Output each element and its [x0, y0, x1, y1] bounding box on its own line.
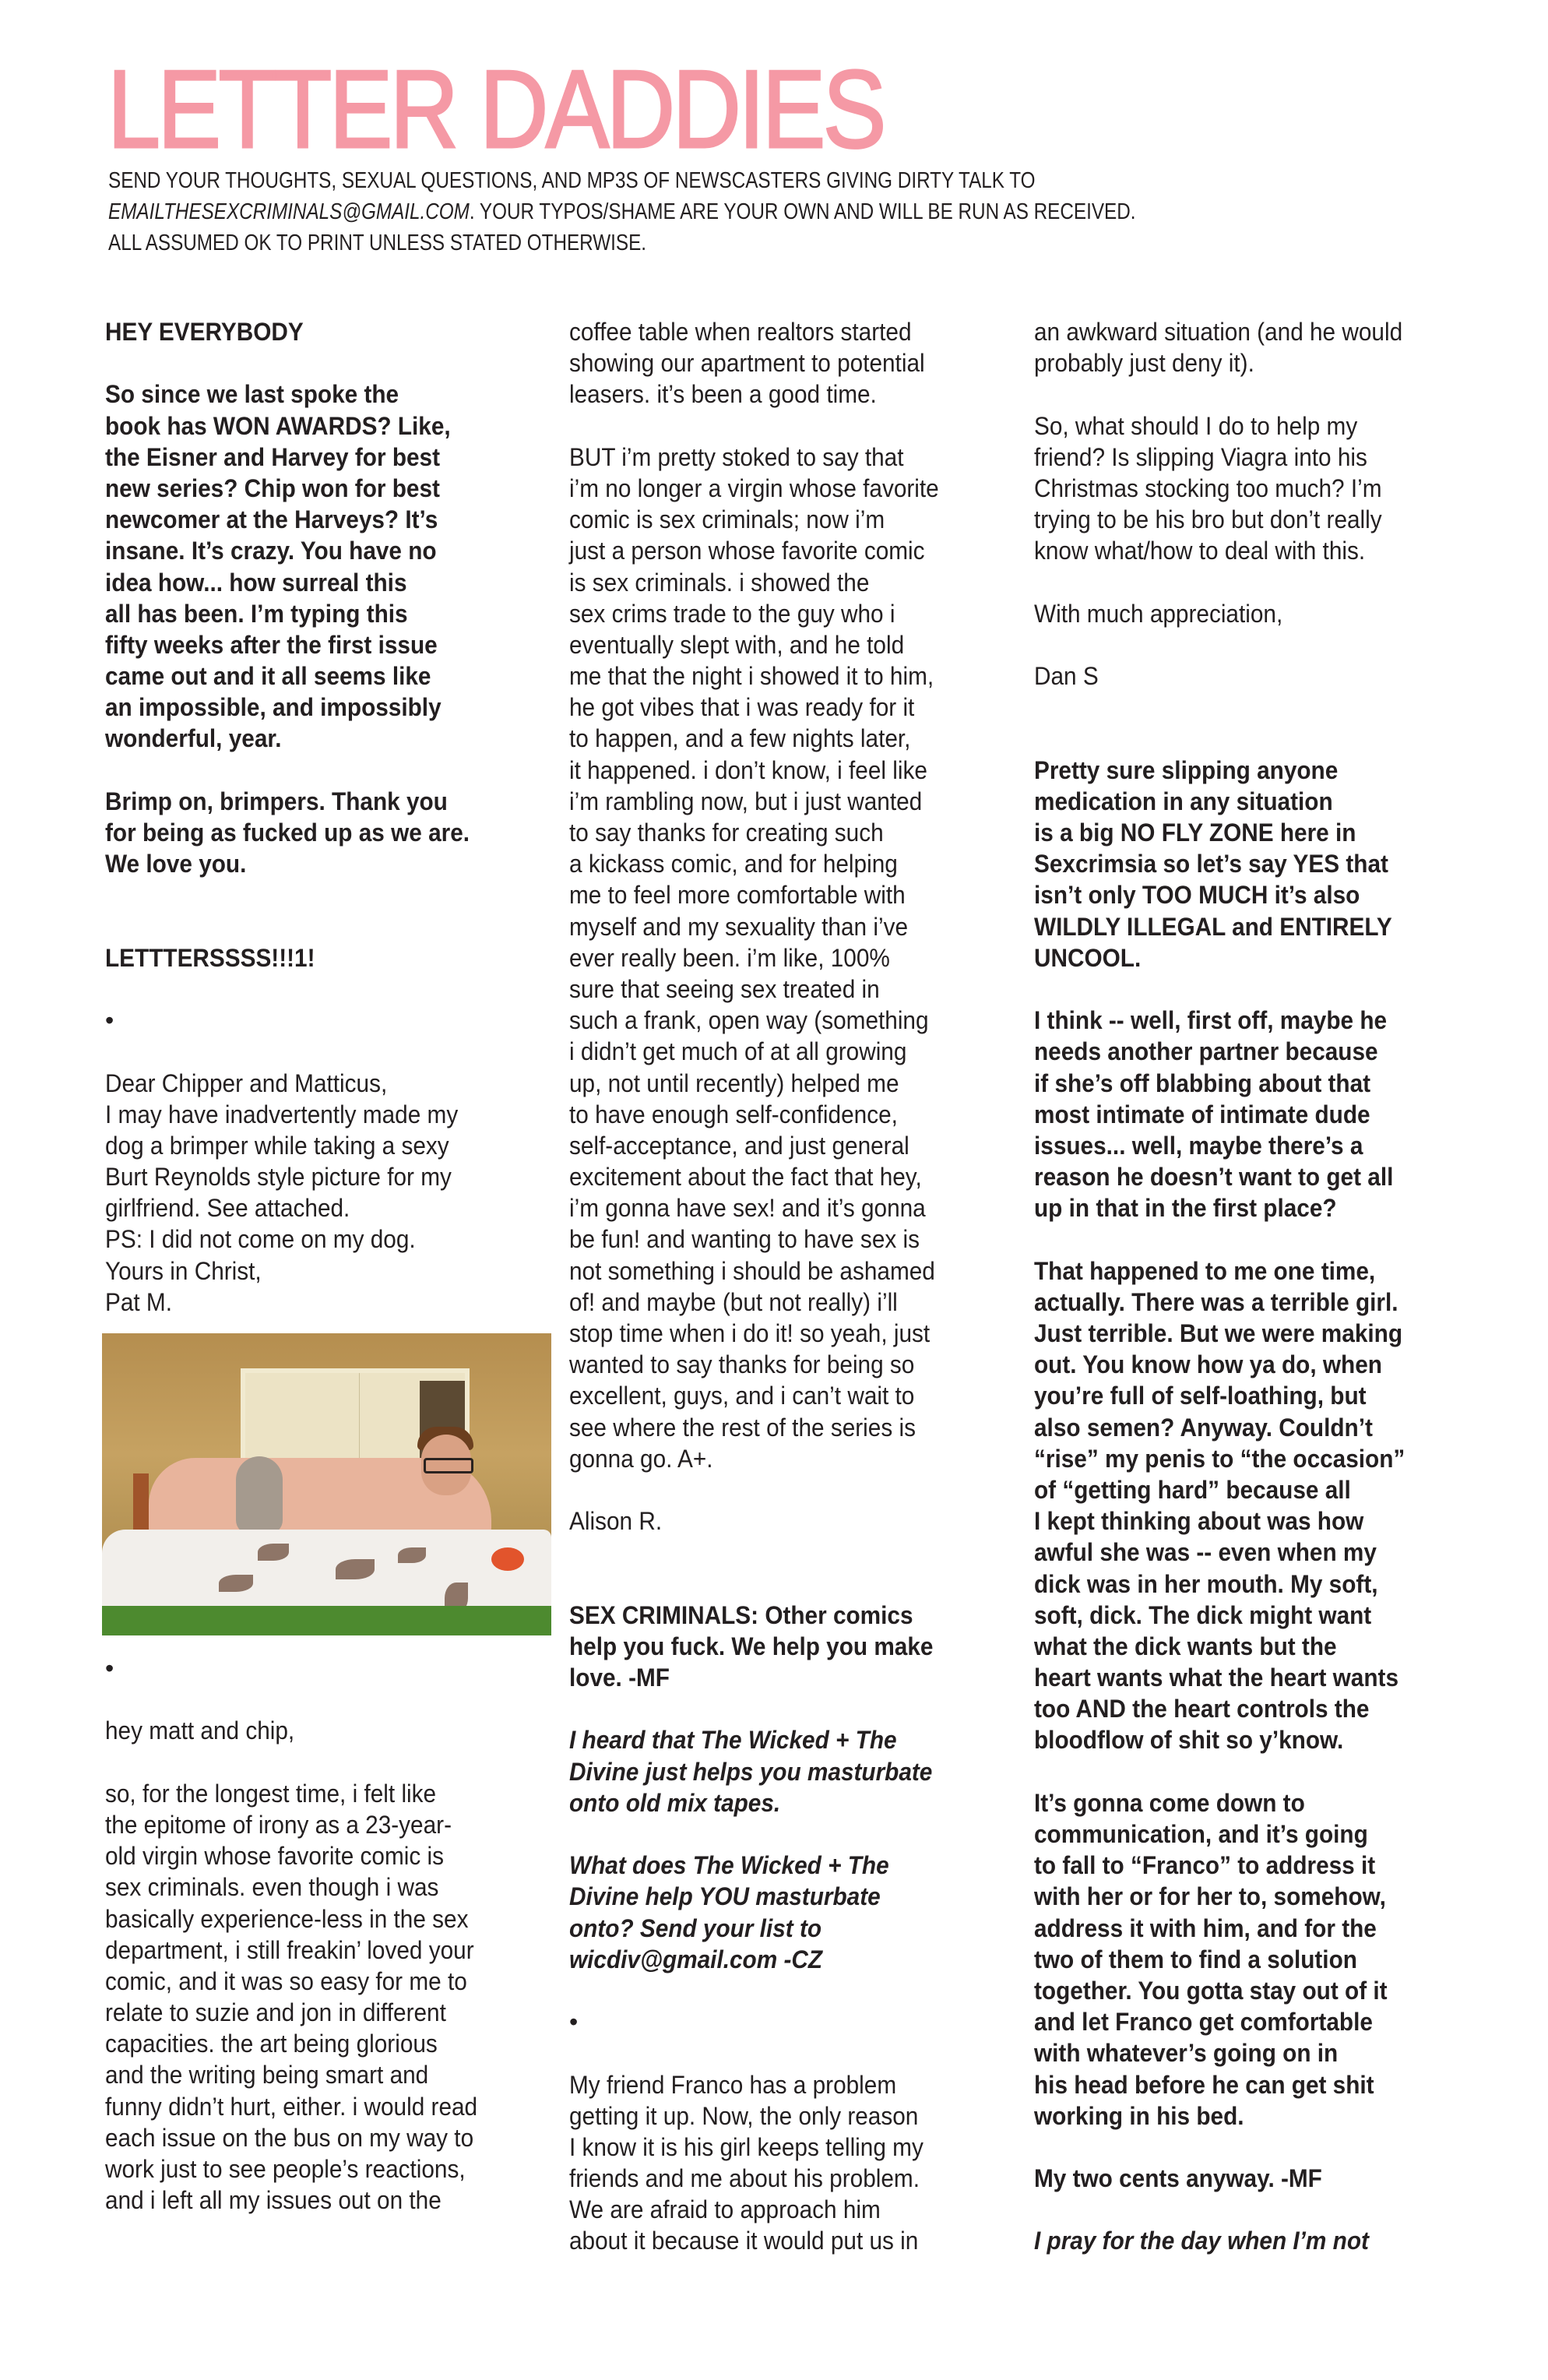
text-line: Pat M.	[105, 1287, 533, 1318]
text-line: sure that seeing sex treated in	[569, 973, 997, 1005]
section-bullet: •	[569, 2006, 1029, 2037]
text-line: issues... well, maybe there’s a	[1034, 1130, 1462, 1161]
text-line: i’m rambling now, but i just wanted	[569, 786, 997, 817]
letters-heading: LETTTERSSSS!!!1!	[105, 942, 533, 973]
text-line: is a big NO FLY ZONE here in	[1034, 817, 1462, 848]
text-line: know what/how to deal with this.	[1034, 535, 1462, 566]
subhead-line: EMAILTHESEXCRIMINALS@GMAIL.COM. YOUR TYP…	[108, 196, 1135, 227]
text-line: excellent, guys, and i can’t wait to	[569, 1380, 997, 1411]
text-line: We are afraid to approach him	[569, 2194, 997, 2225]
text-line: me that the night i showed it to him,	[569, 660, 997, 692]
text-line: so, for the longest time, i felt like	[105, 1778, 533, 1809]
text-line: I heard that The Wicked + The	[569, 1724, 997, 1755]
text-line: up, not until recently) helped me	[569, 1068, 997, 1099]
text-line: WILDLY ILLEGAL and ENTIRELY	[1034, 911, 1462, 942]
text-line: sex criminals. even though i was	[105, 1871, 533, 1903]
text-line: with whatever’s going on in	[1034, 2037, 1462, 2068]
text-line: to happen, and a few nights later,	[569, 723, 997, 754]
text-line: see where the rest of the series is	[569, 1412, 997, 1443]
text-line: you’re full of self-loathing, but	[1034, 1380, 1462, 1411]
text-line: “rise” my penis to “the occasion”	[1034, 1443, 1462, 1474]
text-line: relate to suzie and jon in different	[105, 1997, 533, 2028]
text-line: ever really been. i’m like, 100%	[569, 942, 997, 973]
reply-cz-start: I pray for the day when I’m not	[1034, 2225, 1462, 2256]
submission-email: EMAILTHESEXCRIMINALS@GMAIL.COM	[108, 199, 470, 224]
text-line: the epitome of irony as a 23-year-	[105, 1809, 533, 1840]
text-line: My friend Franco has a problem	[569, 2069, 997, 2100]
text-line: out. You know how ya do, when	[1034, 1349, 1462, 1380]
text-line: That happened to me one time,	[1034, 1255, 1462, 1287]
reply-mf-3: That happened to me one time,actually. T…	[1034, 1255, 1493, 1756]
text-line: came out and it all seems like	[105, 660, 533, 692]
text-line: So, what should I do to help my	[1034, 410, 1462, 442]
text-line: SEX CRIMINALS: Other comics	[569, 1600, 997, 1631]
text-line: an awkward situation (and he would	[1034, 316, 1462, 347]
column-middle: coffee table when realtors startedshowin…	[569, 316, 1029, 2257]
text-line: probably just deny it).	[1034, 347, 1462, 378]
letter-signature: Dan S	[1034, 660, 1462, 692]
text-line: It’s gonna come down to	[1034, 1787, 1462, 1818]
text-line: work just to see people’s reactions,	[105, 2153, 533, 2185]
text-line: two of them to find a solution	[1034, 1944, 1462, 1975]
text-line: UNCOOL.	[1034, 942, 1462, 973]
text-line: Burt Reynolds style picture for my	[105, 1161, 533, 1192]
text-line: comic, and it was so easy for me to	[105, 1966, 533, 1997]
text-line: girlfriend. See attached.	[105, 1192, 533, 1223]
text-line: most intimate of intimate dude	[1034, 1099, 1462, 1130]
intro-signoff: Brimp on, brimpers. Thank youfor being a…	[105, 786, 565, 880]
letter-dan-s-part3: So, what should I do to help myfriend? I…	[1034, 410, 1493, 567]
column-left: HEY EVERYBODY So since we last spoke the…	[105, 316, 565, 2216]
text-line: wicdiv@gmail.com -CZ	[569, 1944, 997, 1975]
text-line: new series? Chip won for best	[105, 473, 533, 504]
text-line: each issue on the bus on my way to	[105, 2122, 533, 2153]
letter-alison-r-part3: BUT i’m pretty stoked to say thati’m no …	[569, 442, 1029, 1474]
text-line: I kept thinking about was how	[1034, 1505, 1462, 1537]
text-line: reason he doesn’t want to get all	[1034, 1161, 1462, 1192]
text-line: myself and my sexuality than i’ve	[569, 911, 997, 942]
letter-greeting: hey matt and chip,	[105, 1715, 533, 1746]
text-line: Yours in Christ,	[105, 1255, 533, 1287]
text-line: i’m no longer a virgin whose favorite	[569, 473, 997, 504]
text-line: all has been. I’m typing this	[105, 598, 533, 629]
text-line: i’m gonna have sex! and it’s gonna	[569, 1192, 997, 1223]
subhead-line: SEND YOUR THOUGHTS, SEXUAL QUESTIONS, AN…	[108, 165, 1135, 196]
text-line: newcomer at the Harveys? It’s	[105, 504, 533, 535]
text-line: insane. It’s crazy. You have no	[105, 535, 533, 566]
text-line: Christmas stocking too much? I’m	[1034, 473, 1462, 504]
intro-paragraph: So since we last spoke thebook has WON A…	[105, 378, 565, 754]
text-line: too AND the heart controls the	[1034, 1693, 1462, 1724]
text-line: friend? Is slipping Viagra into his	[1034, 442, 1462, 473]
letter-signature: Alison R.	[569, 1505, 997, 1537]
text-line: leasers. it’s been a good time.	[569, 378, 997, 410]
text-line: just a person whose favorite comic	[569, 535, 997, 566]
text-line: together. You gotta stay out of it	[1034, 1975, 1462, 2006]
text-line: me to feel more comfortable with	[569, 879, 997, 910]
text-line: basically experience-less in the sex	[105, 1903, 533, 1935]
text-line: Brimp on, brimpers. Thank you	[105, 786, 533, 817]
text-line: fifty weeks after the first issue	[105, 629, 533, 660]
text-line: not something i should be ashamed	[569, 1255, 997, 1287]
text-line: dog a brimper while taking a sexy	[105, 1130, 533, 1161]
letter-alison-r-part1: so, for the longest time, i felt likethe…	[105, 1778, 565, 2216]
text-line: such a frank, open way (something	[569, 1005, 997, 1036]
text-line: an impossible, and impossibly	[105, 692, 533, 723]
text-line: wonderful, year.	[105, 723, 533, 754]
letter-alison-r-part2: coffee table when realtors startedshowin…	[569, 316, 1029, 410]
letter-closing: With much appreciation,	[1034, 598, 1462, 629]
text-line: self-acceptance, and just general	[569, 1130, 997, 1161]
text-line: to have enough self-confidence,	[569, 1099, 997, 1130]
text-line: isn’t only TOO MUCH it’s also	[1034, 879, 1462, 910]
text-line: Just terrible. But we were making	[1034, 1318, 1462, 1349]
letter-dan-s-part2: an awkward situation (and he wouldprobab…	[1034, 316, 1493, 378]
text-line: wanted to say thanks for being so	[569, 1349, 997, 1380]
text-line: comic is sex criminals; now i’m	[569, 504, 997, 535]
text-line: Divine help YOU masturbate	[569, 1881, 997, 1912]
subhead-line: ALL ASSUMED OK TO PRINT UNLESS STATED OT…	[108, 227, 1135, 259]
text-line: his head before he can get shit	[1034, 2069, 1462, 2100]
text-line: what the dick wants but the	[1034, 1631, 1462, 1662]
text-line: capacities. the art being glorious	[105, 2028, 533, 2059]
text-line: it happened. i don’t know, i feel like	[569, 755, 997, 786]
text-line: heart wants what the heart wants	[1034, 1662, 1462, 1693]
text-line: actually. There was a terrible girl.	[1034, 1287, 1462, 1318]
text-line: with her or for her to, somehow,	[1034, 1881, 1462, 1912]
text-line: I may have inadvertently made my	[105, 1099, 533, 1130]
text-line: eventually slept with, and he told	[569, 629, 997, 660]
text-line: communication, and it’s going	[1034, 1818, 1462, 1850]
text-line: BUT i’m pretty stoked to say that	[569, 442, 997, 473]
reply-mf-4: It’s gonna come down tocommunication, an…	[1034, 1787, 1493, 2132]
text-line: gonna go. A+.	[569, 1443, 997, 1474]
text-line: working in his bed.	[1034, 2100, 1462, 2132]
text-line: Dear Chipper and Matticus,	[105, 1068, 533, 1099]
subhead-text: SEND YOUR THOUGHTS, SEXUAL QUESTIONS, AN…	[108, 168, 1036, 193]
text-line: bloodflow of shit so y’know.	[1034, 1724, 1462, 1755]
text-line: What does The Wicked + The	[569, 1850, 997, 1881]
reply-mf-2: I think -- well, first off, maybe heneed…	[1034, 1005, 1493, 1223]
text-line: PS: I did not come on my dog.	[105, 1223, 533, 1255]
text-line: coffee table when realtors started	[569, 316, 997, 347]
text-line: We love you.	[105, 848, 533, 879]
text-line: to say thanks for creating such	[569, 817, 997, 848]
text-line: Pretty sure slipping anyone	[1034, 755, 1462, 786]
text-line: love. -MF	[569, 1662, 997, 1693]
text-line: also semen? Anyway. Couldn’t	[1034, 1412, 1462, 1443]
text-line: a kickass comic, and for helping	[569, 848, 997, 879]
submission-instructions: SEND YOUR THOUGHTS, SEXUAL QUESTIONS, AN…	[108, 165, 1213, 259]
text-line: needs another partner because	[1034, 1036, 1462, 1067]
text-line: old virgin whose favorite comic is	[105, 1840, 533, 1871]
reply-cz-2: What does The Wicked + TheDivine help YO…	[569, 1850, 1029, 1975]
text-line: So since we last spoke the	[105, 378, 533, 410]
text-line: onto old mix tapes.	[569, 1787, 997, 1818]
text-line: of! and maybe (but not really) i’ll	[569, 1287, 997, 1318]
column-right: an awkward situation (and he wouldprobab…	[1034, 316, 1493, 2257]
text-line: idea how... how surreal this	[105, 567, 533, 598]
text-line: about it because it would put us in	[569, 2225, 997, 2256]
text-line: book has WON AWARDS? Like,	[105, 410, 533, 442]
text-line: up in that in the first place?	[1034, 1192, 1462, 1223]
reply-mf: SEX CRIMINALS: Other comicshelp you fuck…	[569, 1600, 1029, 1694]
text-line: help you fuck. We help you make	[569, 1631, 997, 1662]
reply-mf-1: Pretty sure slipping anyonemedication in…	[1034, 755, 1493, 973]
dog-figure	[236, 1456, 283, 1534]
text-line: Divine just helps you masturbate	[569, 1756, 997, 1787]
text-line: Sexcrimsia so let’s say YES that	[1034, 848, 1462, 879]
text-line: funny didn’t hurt, either. i would read	[105, 2091, 533, 2122]
text-line: soft, dick. The dick might want	[1034, 1600, 1462, 1631]
text-line: for being as fucked up as we are.	[105, 817, 533, 848]
text-line: dick was in her mouth. My soft,	[1034, 1568, 1462, 1600]
text-line: is sex criminals. i showed the	[569, 567, 997, 598]
intro-heading: HEY EVERYBODY	[105, 316, 533, 347]
text-line: and let Franco get comfortable	[1034, 2006, 1462, 2037]
text-line: if she’s off blabbing about that	[1034, 1068, 1462, 1099]
text-line: be fun! and wanting to have sex is	[569, 1223, 997, 1255]
page-title: LETTER DADDIES	[107, 51, 884, 168]
text-line: and i left all my issues out on the	[105, 2185, 533, 2216]
text-line: sex crims trade to the guy who i	[569, 598, 997, 629]
text-line: showing our apartment to potential	[569, 347, 997, 378]
text-line: I think -- well, first off, maybe he	[1034, 1005, 1462, 1036]
subhead-text: ALL ASSUMED OK TO PRINT UNLESS STATED OT…	[108, 231, 646, 255]
text-line: address it with him, and for the	[1034, 1913, 1462, 1944]
text-line: onto? Send your list to	[569, 1913, 997, 1944]
text-line: getting it up. Now, the only reason	[569, 2100, 997, 2132]
text-line: to fall to “Franco” to address it	[1034, 1850, 1462, 1881]
letter-pat-m: Dear Chipper and Matticus,I may have ina…	[105, 1068, 565, 1319]
section-bullet: •	[105, 1005, 565, 1036]
text-line: excitement about the fact that hey,	[569, 1161, 997, 1192]
text-line: medication in any situation	[1034, 786, 1462, 817]
section-bullet: •	[105, 1653, 565, 1684]
text-line: and the writing being smart and	[105, 2059, 533, 2090]
text-line: department, i still freakin’ loved your	[105, 1935, 533, 1966]
reply-mf-signoff: My two cents anyway. -MF	[1034, 2163, 1462, 2194]
text-line: i didn’t get much of at all growing	[569, 1036, 997, 1067]
subhead-text: . YOUR TYPOS/SHAME ARE YOUR OWN AND WILL…	[470, 199, 1136, 224]
text-line: awful she was -- even when my	[1034, 1537, 1462, 1568]
text-line: of “getting hard” because all	[1034, 1474, 1462, 1505]
reader-photo	[102, 1333, 551, 1635]
text-line: trying to be his bro but don’t really	[1034, 504, 1462, 535]
letter-dan-s-part1: My friend Franco has a problemgetting it…	[569, 2069, 1029, 2257]
text-line: he got vibes that i was ready for it	[569, 692, 997, 723]
text-line: stop time when i do it! so yeah, just	[569, 1318, 997, 1349]
text-line: the Eisner and Harvey for best	[105, 442, 533, 473]
text-line: friends and me about his problem.	[569, 2163, 997, 2194]
text-line: I know it is his girl keeps telling my	[569, 2132, 997, 2163]
reply-cz-1: I heard that The Wicked + TheDivine just…	[569, 1724, 1029, 1818]
